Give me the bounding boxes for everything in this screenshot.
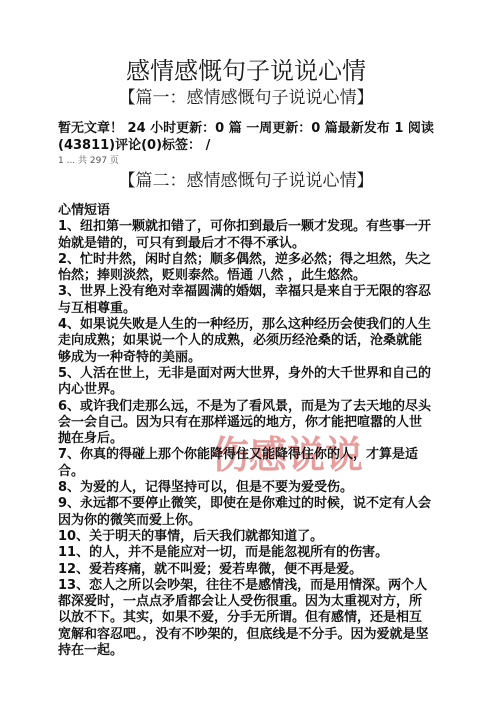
quote-item: 12、爱若疼痛，就不叫爱；爱若卑微，便不再是爱。 (58, 562, 434, 578)
document-content: 感情感慨句子说说心情 【篇一：感情感慨句子说说心情】 暂无文章！ 24 小时更新… (58, 0, 434, 659)
quote-item: 9、永远都不要停止微笑，即使在是你难过的时候，说不定有人会因为你的微笑而爱上你。 (58, 496, 434, 529)
quote-item: 7、你真的得碰上那个你能降得住又能降得住你的人，才算是适合。 (58, 447, 434, 480)
list-title: 心情短语 (58, 203, 434, 219)
stats-line-1: 暂无文章！ 24 小时更新：0 篇 一周更新：0 篇最新发布 1 阅读 (58, 121, 434, 138)
quote-item: 11、的人，并不是能应对一切，而是能忽视所有的伤害。 (58, 545, 434, 561)
quotes-list: 1、纽扣第一颗就扣错了，可你扣到最后一颗才发现。有些事一开始就是错的，可只有到最… (58, 219, 434, 659)
quote-item: 5、人活在世上，无非是面对两大世界，身外的大千世界和自己的内心世界。 (58, 366, 434, 399)
section-heading-1: 【篇一：感情感慨句子说说心情】 (58, 88, 434, 109)
section-heading-2: 【篇二：感情感慨句子说说心情】 (58, 171, 434, 192)
quote-item: 13、恋人之所以会吵架，往往不是感情浅，而是用情深。两个人都深爱时，一点点矛盾都… (58, 578, 434, 659)
quote-item: 10、关于明天的事情，后天我们就都知道了。 (58, 529, 434, 545)
stats-line-2: (43811)评论(0)标签： / (58, 138, 434, 155)
article-stats: 暂无文章！ 24 小时更新：0 篇 一周更新：0 篇最新发布 1 阅读 (438… (58, 121, 434, 154)
quote-item: 2、忙时井然，闲时自然；顺多偶然，逆多必然；得之坦然，失之怡然；捧则淡然，贬则泰… (58, 252, 434, 285)
quote-item: 1、纽扣第一颗就扣错了，可你扣到最后一颗才发现。有些事一开始就是错的，可只有到最… (58, 219, 434, 252)
pagination[interactable]: 1 ... 共 297 页 (58, 156, 434, 167)
quote-item: 4、如果说失败是人生的一种经历，那么这种经历会使我们的人生走向成熟；如果说一个人… (58, 317, 434, 366)
quote-item: 8、为爱的人，记得坚持可以，但是不要为爱受伤。 (58, 480, 434, 496)
quote-item: 6、或许我们走那么远，不是为了看风景，而是为了去天地的尽头会一会自己。因为只有在… (58, 399, 434, 448)
page-title: 感情感慨句子说说心情 (58, 0, 434, 86)
quote-item: 3、世界上没有绝对幸福圆满的婚姻，幸福只是来自于无限的容忍与互相尊重。 (58, 284, 434, 317)
document-page: 伤感说说 感情感慨句子说说心情 【篇一：感情感慨句子说说心情】 暂无文章！ 24… (0, 0, 496, 702)
